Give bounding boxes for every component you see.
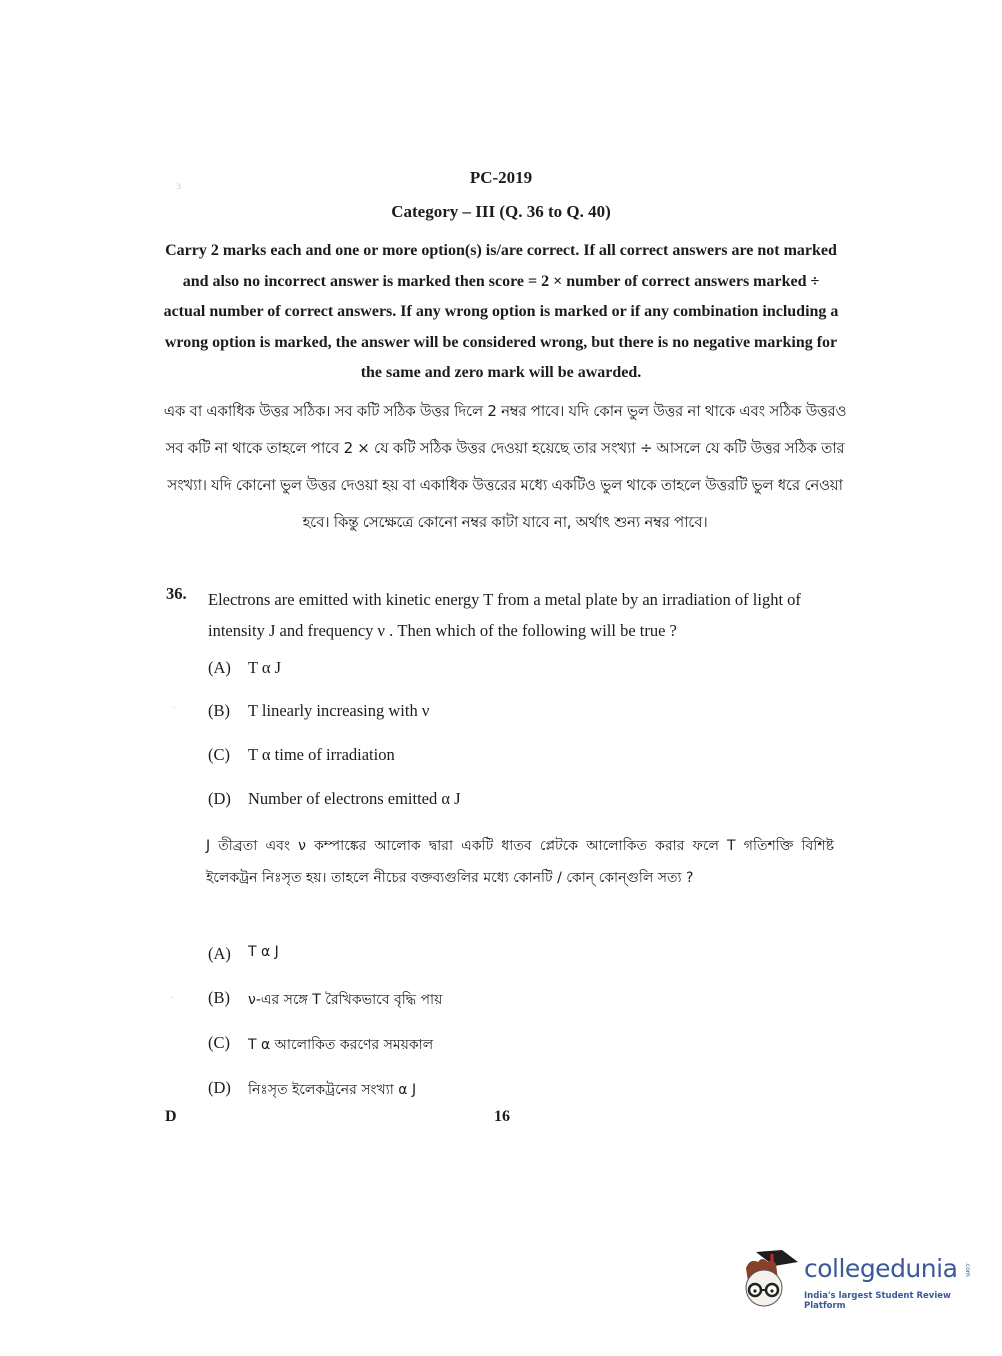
page-number: 16 [494,1108,510,1126]
option-a-english: (A) T α J [208,658,281,678]
option-d-bengali: (D) নিঃসৃত ইলেকট্রনের সংখ্যা α J [208,1078,416,1102]
option-label: (A) [208,658,248,678]
option-c-bengali: (C) T α আলোকিত করণের সময়কাল [208,1033,433,1057]
option-b-english: (B) T linearly increasing with ν [208,701,429,721]
category-heading: Category – III (Q. 36 to Q. 40) [0,202,1002,222]
option-label: (B) [208,988,248,1012]
scan-mark: · [170,990,174,1005]
instructions-english: Carry 2 marks each and one or more optio… [160,236,842,389]
option-label: (C) [208,1033,248,1057]
brand-domain-suffix: .com [964,1262,971,1277]
option-b-bengali: (B) ν-এর সঙ্গে T রৈখিকভাবে বৃদ্ধি পায় [208,988,442,1012]
question-number: 36. [166,584,187,604]
collegedunia-watermark: collegedunia .com India's largest Studen… [742,1248,982,1310]
option-c-english: (C) T α time of irradiation [208,745,395,765]
option-text: নিঃসৃত ইলেকট্রনের সংখ্যা α J [248,1078,416,1102]
student-mascot-icon [742,1248,802,1310]
option-label: (D) [208,789,248,809]
option-text: T α J [248,944,279,964]
option-text: T linearly increasing with ν [248,701,429,721]
booklet-code: D [165,1108,177,1126]
scan-mark: · [172,700,176,715]
option-a-bengali: (A) T α J [208,944,279,964]
question-text-bengali: J তীব্রতা এবং ν কম্পাঙ্কের আলোক দ্বারা এ… [206,830,834,894]
scan-mark: ɜ [176,178,181,193]
option-label: (D) [208,1078,248,1102]
brand-tagline: India's largest Student Review Platform [804,1291,982,1311]
option-text: T α time of irradiation [248,745,395,765]
option-label: (C) [208,745,248,765]
option-text: Number of electrons emitted α J [248,789,461,809]
option-text: T α আলোকিত করণের সময়কাল [248,1033,433,1057]
instructions-bengali: এক বা একাধিক উত্তর সঠিক। সব কটি সঠিক উত্… [160,393,850,541]
option-label: (B) [208,701,248,721]
option-text: ν-এর সঙ্গে T রৈখিকভাবে বৃদ্ধি পায় [248,988,442,1012]
option-d-english: (D) Number of electrons emitted α J [208,789,461,809]
option-label: (A) [208,944,248,964]
exam-code: PC-2019 [0,168,1002,188]
option-text: T α J [248,658,281,678]
question-text-english: Electrons are emitted with kinetic energ… [208,584,838,646]
brand-name: collegedunia [804,1254,957,1283]
